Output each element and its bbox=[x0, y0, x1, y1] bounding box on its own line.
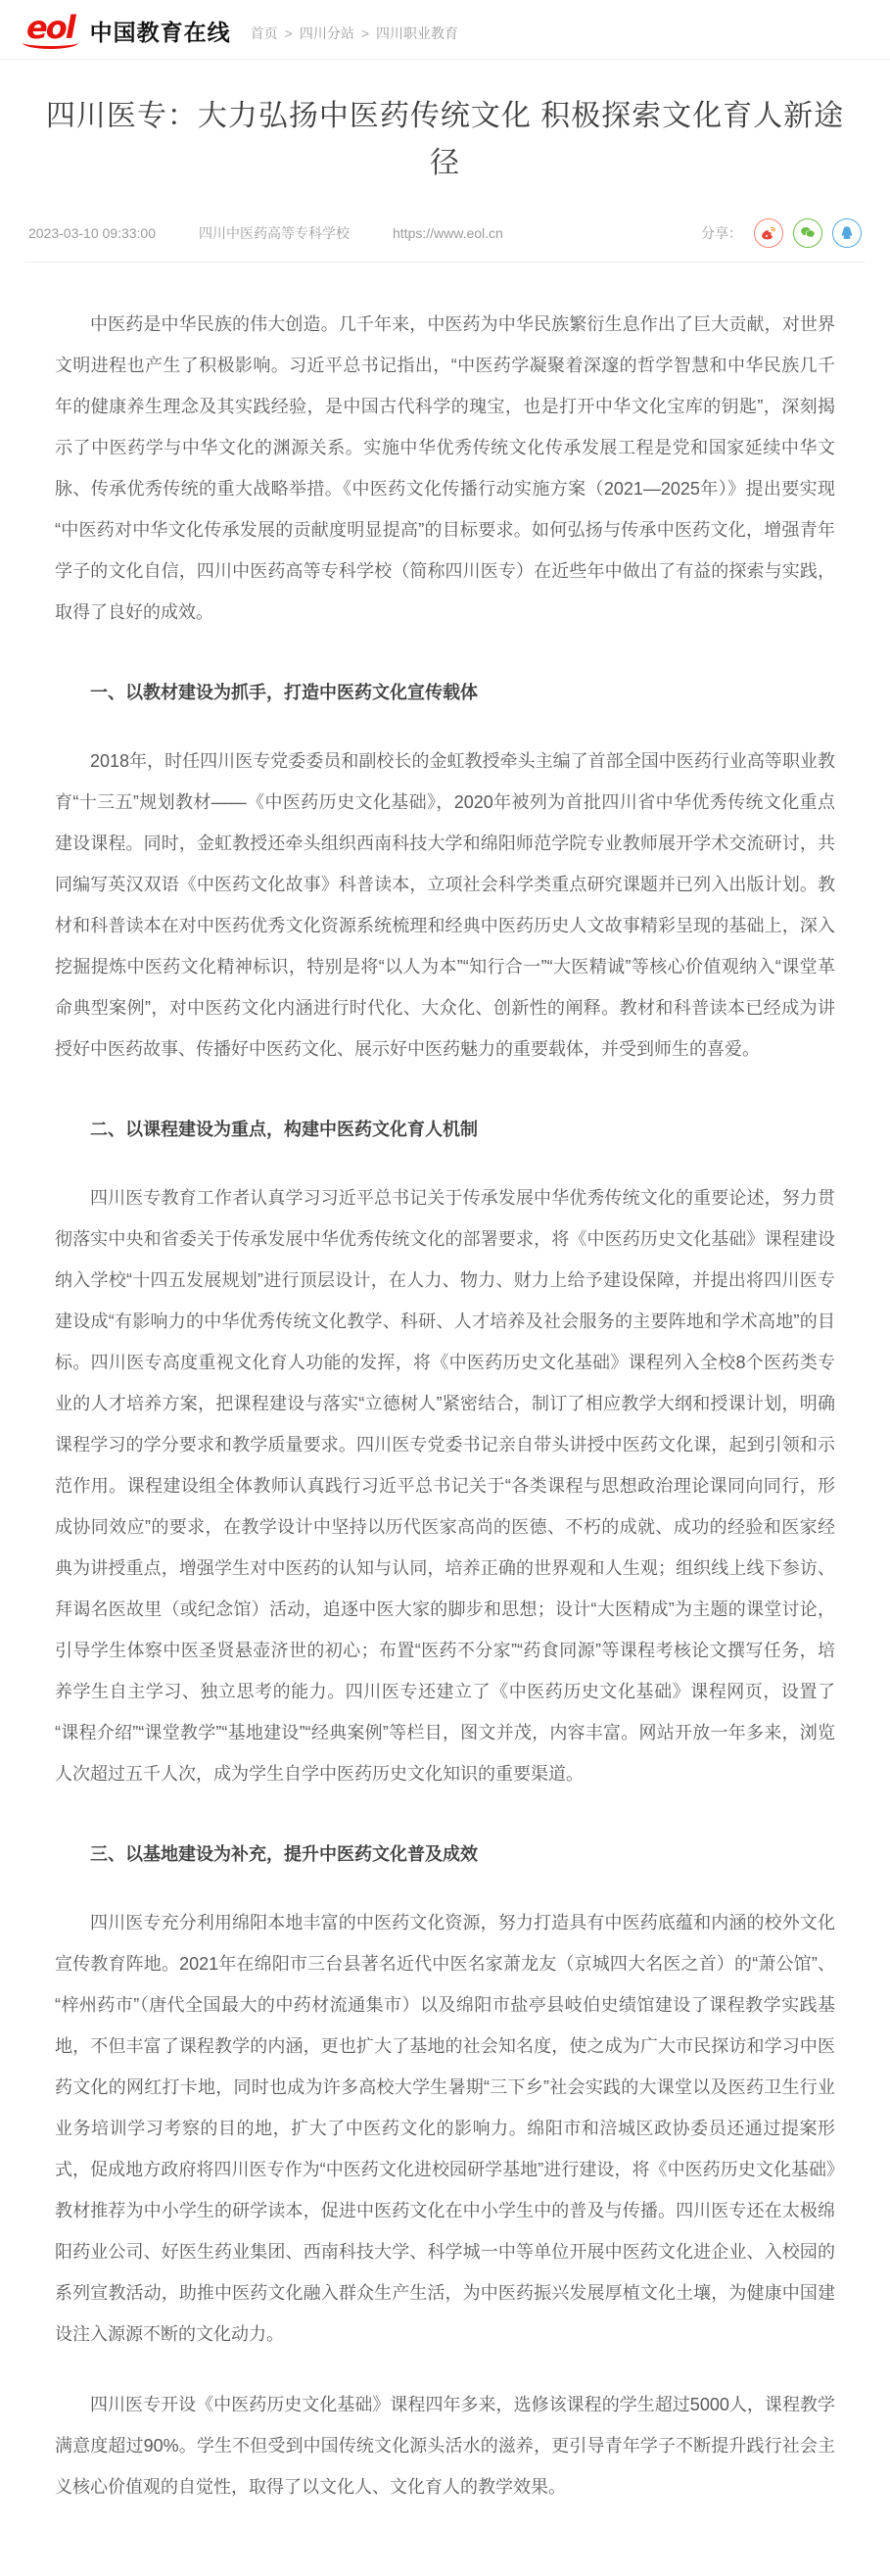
eol-logo-icon: eol bbox=[24, 12, 78, 49]
breadcrumb-item-1[interactable]: 首页 bbox=[251, 24, 278, 43]
source-url-link[interactable]: https://www.eol.cn bbox=[393, 225, 503, 241]
article-paragraph: 中医药是中华民族的伟大创造。几千年来，中医药为中华民族繁衍生息作出了巨大贡献，对… bbox=[55, 304, 835, 633]
share-wechat-button[interactable] bbox=[793, 218, 822, 248]
eol-logo[interactable]: eol 中国教育在线 bbox=[24, 12, 231, 49]
article-source: 四川中医药高等专科学校 bbox=[199, 223, 350, 243]
breadcrumb-item-3[interactable]: 四川职业教育 bbox=[376, 24, 458, 43]
publish-datetime: 2023-03-10 09:33:00 bbox=[28, 225, 156, 241]
breadcrumb: 首页>四川分站>四川职业教育 bbox=[251, 24, 458, 43]
article-paragraph: 四川医专教育工作者认真学习习近平总书记关于传承发展中华优秀传统文化的重要论述，努… bbox=[55, 1177, 835, 1794]
breadcrumb-separator: > bbox=[285, 25, 293, 41]
article-paragraph: 2018年，时任四川医专党委委员和副校长的金虹教授牵头主编了首部全国中医药行业高… bbox=[55, 740, 835, 1070]
share-weibo-button[interactable] bbox=[754, 218, 783, 248]
site-header: eol 中国教育在线 首页>四川分站>四川职业教育 bbox=[0, 0, 890, 60]
breadcrumb-item-2[interactable]: 四川分站 bbox=[300, 24, 354, 43]
section-heading: 一、以教材建设为抓手，打造中医药文化宣传载体 bbox=[55, 672, 835, 713]
article-meta: 2023-03-10 09:33:00 四川中医药高等专科学校 https://… bbox=[24, 213, 866, 262]
breadcrumb-separator: > bbox=[361, 25, 369, 41]
article-paragraph: 四川医专开设《中医药历史文化基础》课程四年多来，选修该课程的学生超过5000人，… bbox=[55, 2384, 835, 2507]
qq-icon bbox=[838, 224, 856, 242]
article-body: 中医药是中华民族的伟大创造。几千年来，中医药为中华民族繁衍生息作出了巨大贡献，对… bbox=[0, 262, 890, 2576]
wechat-icon bbox=[799, 224, 817, 242]
weibo-icon bbox=[760, 224, 777, 242]
page-title: 四川医专：大力弘扬中医药传统文化 积极探索文化育人新途径 bbox=[39, 93, 851, 187]
site-brand[interactable]: 中国教育在线 bbox=[90, 15, 231, 47]
section-heading: 三、以基地建设为补充，提升中医药文化普及成效 bbox=[55, 1834, 835, 1875]
share-qq-button[interactable] bbox=[832, 218, 862, 248]
share-label: 分享： bbox=[701, 223, 742, 243]
article-paragraph: 四川医专充分利用绵阳本地丰富的中医药文化资源，努力打造具有中医药底蕴和内涵的校外… bbox=[55, 1902, 835, 2355]
section-heading: 二、以课程建设为重点，构建中医药文化育人机制 bbox=[55, 1109, 835, 1150]
